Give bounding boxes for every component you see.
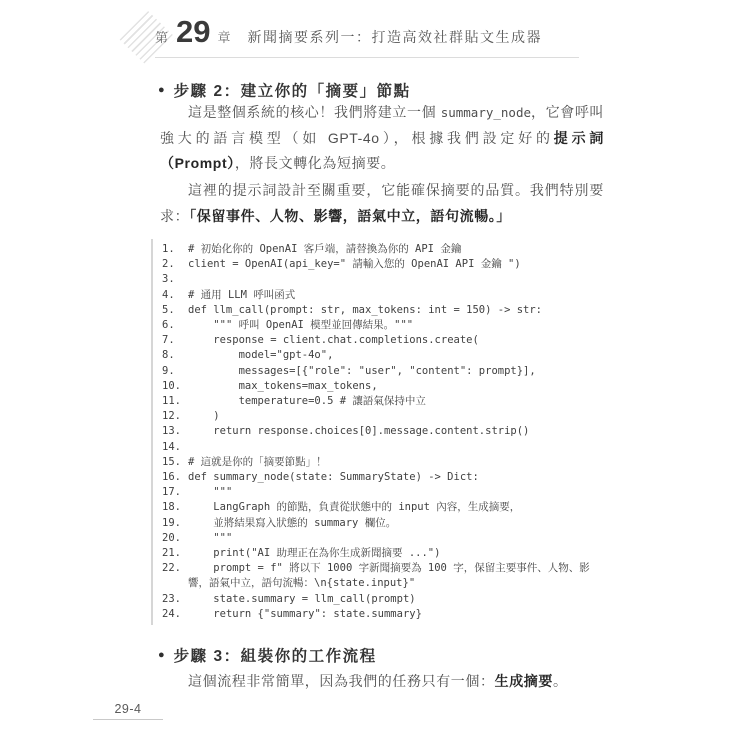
code-line-text: LangGraph 的節點，負責從狀態中的 input 內容，生成摘要， bbox=[188, 500, 520, 515]
chapter-suffix: 章 bbox=[218, 27, 232, 46]
code-line-number: 19. bbox=[162, 516, 188, 531]
paragraph-workflow-intro: 這個流程非常簡單，因為我們的任務只有一個：生成摘要。 bbox=[160, 669, 604, 695]
chapter-prefix: 第 bbox=[155, 27, 169, 46]
code-line-text: def llm_call(prompt: str, max_tokens: in… bbox=[188, 303, 542, 318]
code-line-number: 3. bbox=[162, 272, 188, 287]
code-line-text: ) bbox=[188, 409, 220, 424]
code-line-number: 16. bbox=[162, 470, 188, 485]
code-line-text: state.summary = llm_call(prompt) bbox=[188, 592, 416, 607]
code-line-text: 並將結果寫入狀態的 summary 欄位。 bbox=[188, 516, 396, 531]
code-line-text: # 初始化你的 OpenAI 客戶端，請替換為你的 API 金鑰 bbox=[188, 242, 461, 257]
code-line-text: response = client.chat.completions.creat… bbox=[188, 333, 479, 348]
text-run: 這是整個系統的核心！我們將建立一個 bbox=[188, 104, 441, 120]
code-line-number: 20. bbox=[162, 531, 188, 546]
code-line: 13. return response.choices[0].message.c… bbox=[162, 424, 603, 439]
code-line-text: prompt = f" 將以下 1000 字新聞摘要為 100 字，保留主要事件… bbox=[188, 561, 603, 591]
code-line-text: # 這就是你的「摘要節點」！ bbox=[188, 455, 327, 470]
code-line-text: def summary_node(state: SummaryState) ->… bbox=[188, 470, 479, 485]
paragraph-prompt-requirements: 這裡的提示詞設計至關重要，它能確保摘要的品質。我們特別要求：「保留事件、人物、影… bbox=[160, 178, 604, 229]
code-line: 15.# 這就是你的「摘要節點」！ bbox=[162, 455, 603, 470]
code-line-number: 23. bbox=[162, 592, 188, 607]
bullet-icon: ● bbox=[158, 649, 165, 661]
code-line-number: 15. bbox=[162, 455, 188, 470]
code-line: 17. """ bbox=[162, 485, 603, 500]
code-line: 18. LangGraph 的節點，負責從狀態中的 input 內容，生成摘要， bbox=[162, 500, 603, 515]
code-line-number: 22. bbox=[162, 561, 188, 591]
code-line-text: """ 呼叫 OpenAI 模型並回傳結果。""" bbox=[188, 318, 413, 333]
code-line-text: """ bbox=[188, 485, 232, 500]
bold-text-run: 生成摘要 bbox=[495, 673, 553, 689]
code-line: 5.def llm_call(prompt: str, max_tokens: … bbox=[162, 303, 603, 318]
code-line: 22. prompt = f" 將以下 1000 字新聞摘要為 100 字，保留… bbox=[162, 561, 603, 591]
book-page: { "header": { "chapter_prefix": "第", "ch… bbox=[0, 0, 750, 750]
code-line-text: messages=[{"role": "user", "content": pr… bbox=[188, 364, 536, 379]
code-line: 7. response = client.chat.completions.cr… bbox=[162, 333, 603, 348]
code-line-number: 8. bbox=[162, 348, 188, 363]
code-line-text: # 通用 LLM 呼叫函式 bbox=[188, 288, 295, 303]
chapter-header: 第 29 章 新聞摘要系列一：打造高效社群貼文生成器 bbox=[155, 14, 585, 50]
section-heading-step2: ● 步驟 2：建立你的「摘要」節點 bbox=[158, 79, 411, 101]
code-line-number: 4. bbox=[162, 288, 188, 303]
code-line-number: 2. bbox=[162, 257, 188, 272]
code-line: 12. ) bbox=[162, 409, 603, 424]
code-line-text: model="gpt-4o", bbox=[188, 348, 333, 363]
code-line-number: 18. bbox=[162, 500, 188, 515]
code-line: 9. messages=[{"role": "user", "content":… bbox=[162, 364, 603, 379]
text-run: 這個流程非常簡單，因為我們的任務只有一個： bbox=[188, 673, 495, 689]
page-number: 29-4 bbox=[93, 702, 163, 716]
section-heading-step2-label: 步驟 2：建立你的「摘要」節點 bbox=[174, 79, 411, 101]
code-line-text: """ bbox=[188, 531, 232, 546]
code-line-number: 10. bbox=[162, 379, 188, 394]
code-line-text: return {"summary": state.summary} bbox=[188, 607, 422, 622]
code-line: 16.def summary_node(state: SummaryState)… bbox=[162, 470, 603, 485]
code-line-number: 5. bbox=[162, 303, 188, 318]
code-line-text: temperature=0.5 # 讓語氣保持中立 bbox=[188, 394, 426, 409]
code-line-number: 14. bbox=[162, 440, 188, 455]
code-line: 11. temperature=0.5 # 讓語氣保持中立 bbox=[162, 394, 603, 409]
mono-text-run: summary_node bbox=[441, 105, 531, 120]
text-run: ，將長文轉化為短摘要。 bbox=[235, 155, 396, 171]
code-line-number: 24. bbox=[162, 607, 188, 622]
code-line-number: 21. bbox=[162, 546, 188, 561]
chapter-title: 新聞摘要系列一：打造高效社群貼文生成器 bbox=[248, 27, 543, 47]
code-line-number: 13. bbox=[162, 424, 188, 439]
code-line: 21. print("AI 助理正在為你生成新聞摘要 ...") bbox=[162, 546, 603, 561]
code-line-text: client = OpenAI(api_key=" 請輸入您的 OpenAI A… bbox=[188, 257, 521, 272]
code-line: 10. max_tokens=max_tokens, bbox=[162, 379, 603, 394]
code-line-number: 9. bbox=[162, 364, 188, 379]
code-line: 23. state.summary = llm_call(prompt) bbox=[162, 592, 603, 607]
text-run: 。 bbox=[553, 673, 568, 689]
bold-text-run: 「保留事件、人物、影響，語氣中立，語句流暢。」 bbox=[189, 208, 511, 224]
code-line: 2.client = OpenAI(api_key=" 請輸入您的 OpenAI… bbox=[162, 257, 603, 272]
code-line-number: 1. bbox=[162, 242, 188, 257]
code-line-text: print("AI 助理正在為你生成新聞摘要 ...") bbox=[188, 546, 440, 561]
code-line: 4.# 通用 LLM 呼叫函式 bbox=[162, 288, 603, 303]
section-heading-step3-label: 步驟 3：組裝你的工作流程 bbox=[174, 644, 377, 666]
section-heading-step3: ● 步驟 3：組裝你的工作流程 bbox=[158, 644, 377, 666]
paragraph-core-intro: 這是整個系統的核心！我們將建立一個 summary_node，它會呼叫強大的語言… bbox=[160, 100, 604, 177]
code-line: 14. bbox=[162, 440, 603, 455]
code-line: 1.# 初始化你的 OpenAI 客戶端，請替換為你的 API 金鑰 bbox=[162, 242, 603, 257]
code-line: 19. 並將結果寫入狀態的 summary 欄位。 bbox=[162, 516, 603, 531]
code-block: 1.# 初始化你的 OpenAI 客戶端，請替換為你的 API 金鑰2.clie… bbox=[151, 239, 603, 625]
code-line-text: return response.choices[0].message.conte… bbox=[188, 424, 529, 439]
code-line-number: 11. bbox=[162, 394, 188, 409]
code-line: 24. return {"summary": state.summary} bbox=[162, 607, 603, 622]
code-line-number: 6. bbox=[162, 318, 188, 333]
code-line: 6. """ 呼叫 OpenAI 模型並回傳結果。""" bbox=[162, 318, 603, 333]
code-line-number: 17. bbox=[162, 485, 188, 500]
code-line: 3. bbox=[162, 272, 603, 287]
code-line-number: 7. bbox=[162, 333, 188, 348]
code-line: 8. model="gpt-4o", bbox=[162, 348, 603, 363]
code-line: 20. """ bbox=[162, 531, 603, 546]
chapter-number: 29 bbox=[176, 14, 210, 50]
header-divider bbox=[155, 57, 579, 58]
footer-divider bbox=[93, 719, 163, 720]
bullet-icon: ● bbox=[158, 84, 165, 96]
code-line-text: max_tokens=max_tokens, bbox=[188, 379, 378, 394]
code-line-number: 12. bbox=[162, 409, 188, 424]
